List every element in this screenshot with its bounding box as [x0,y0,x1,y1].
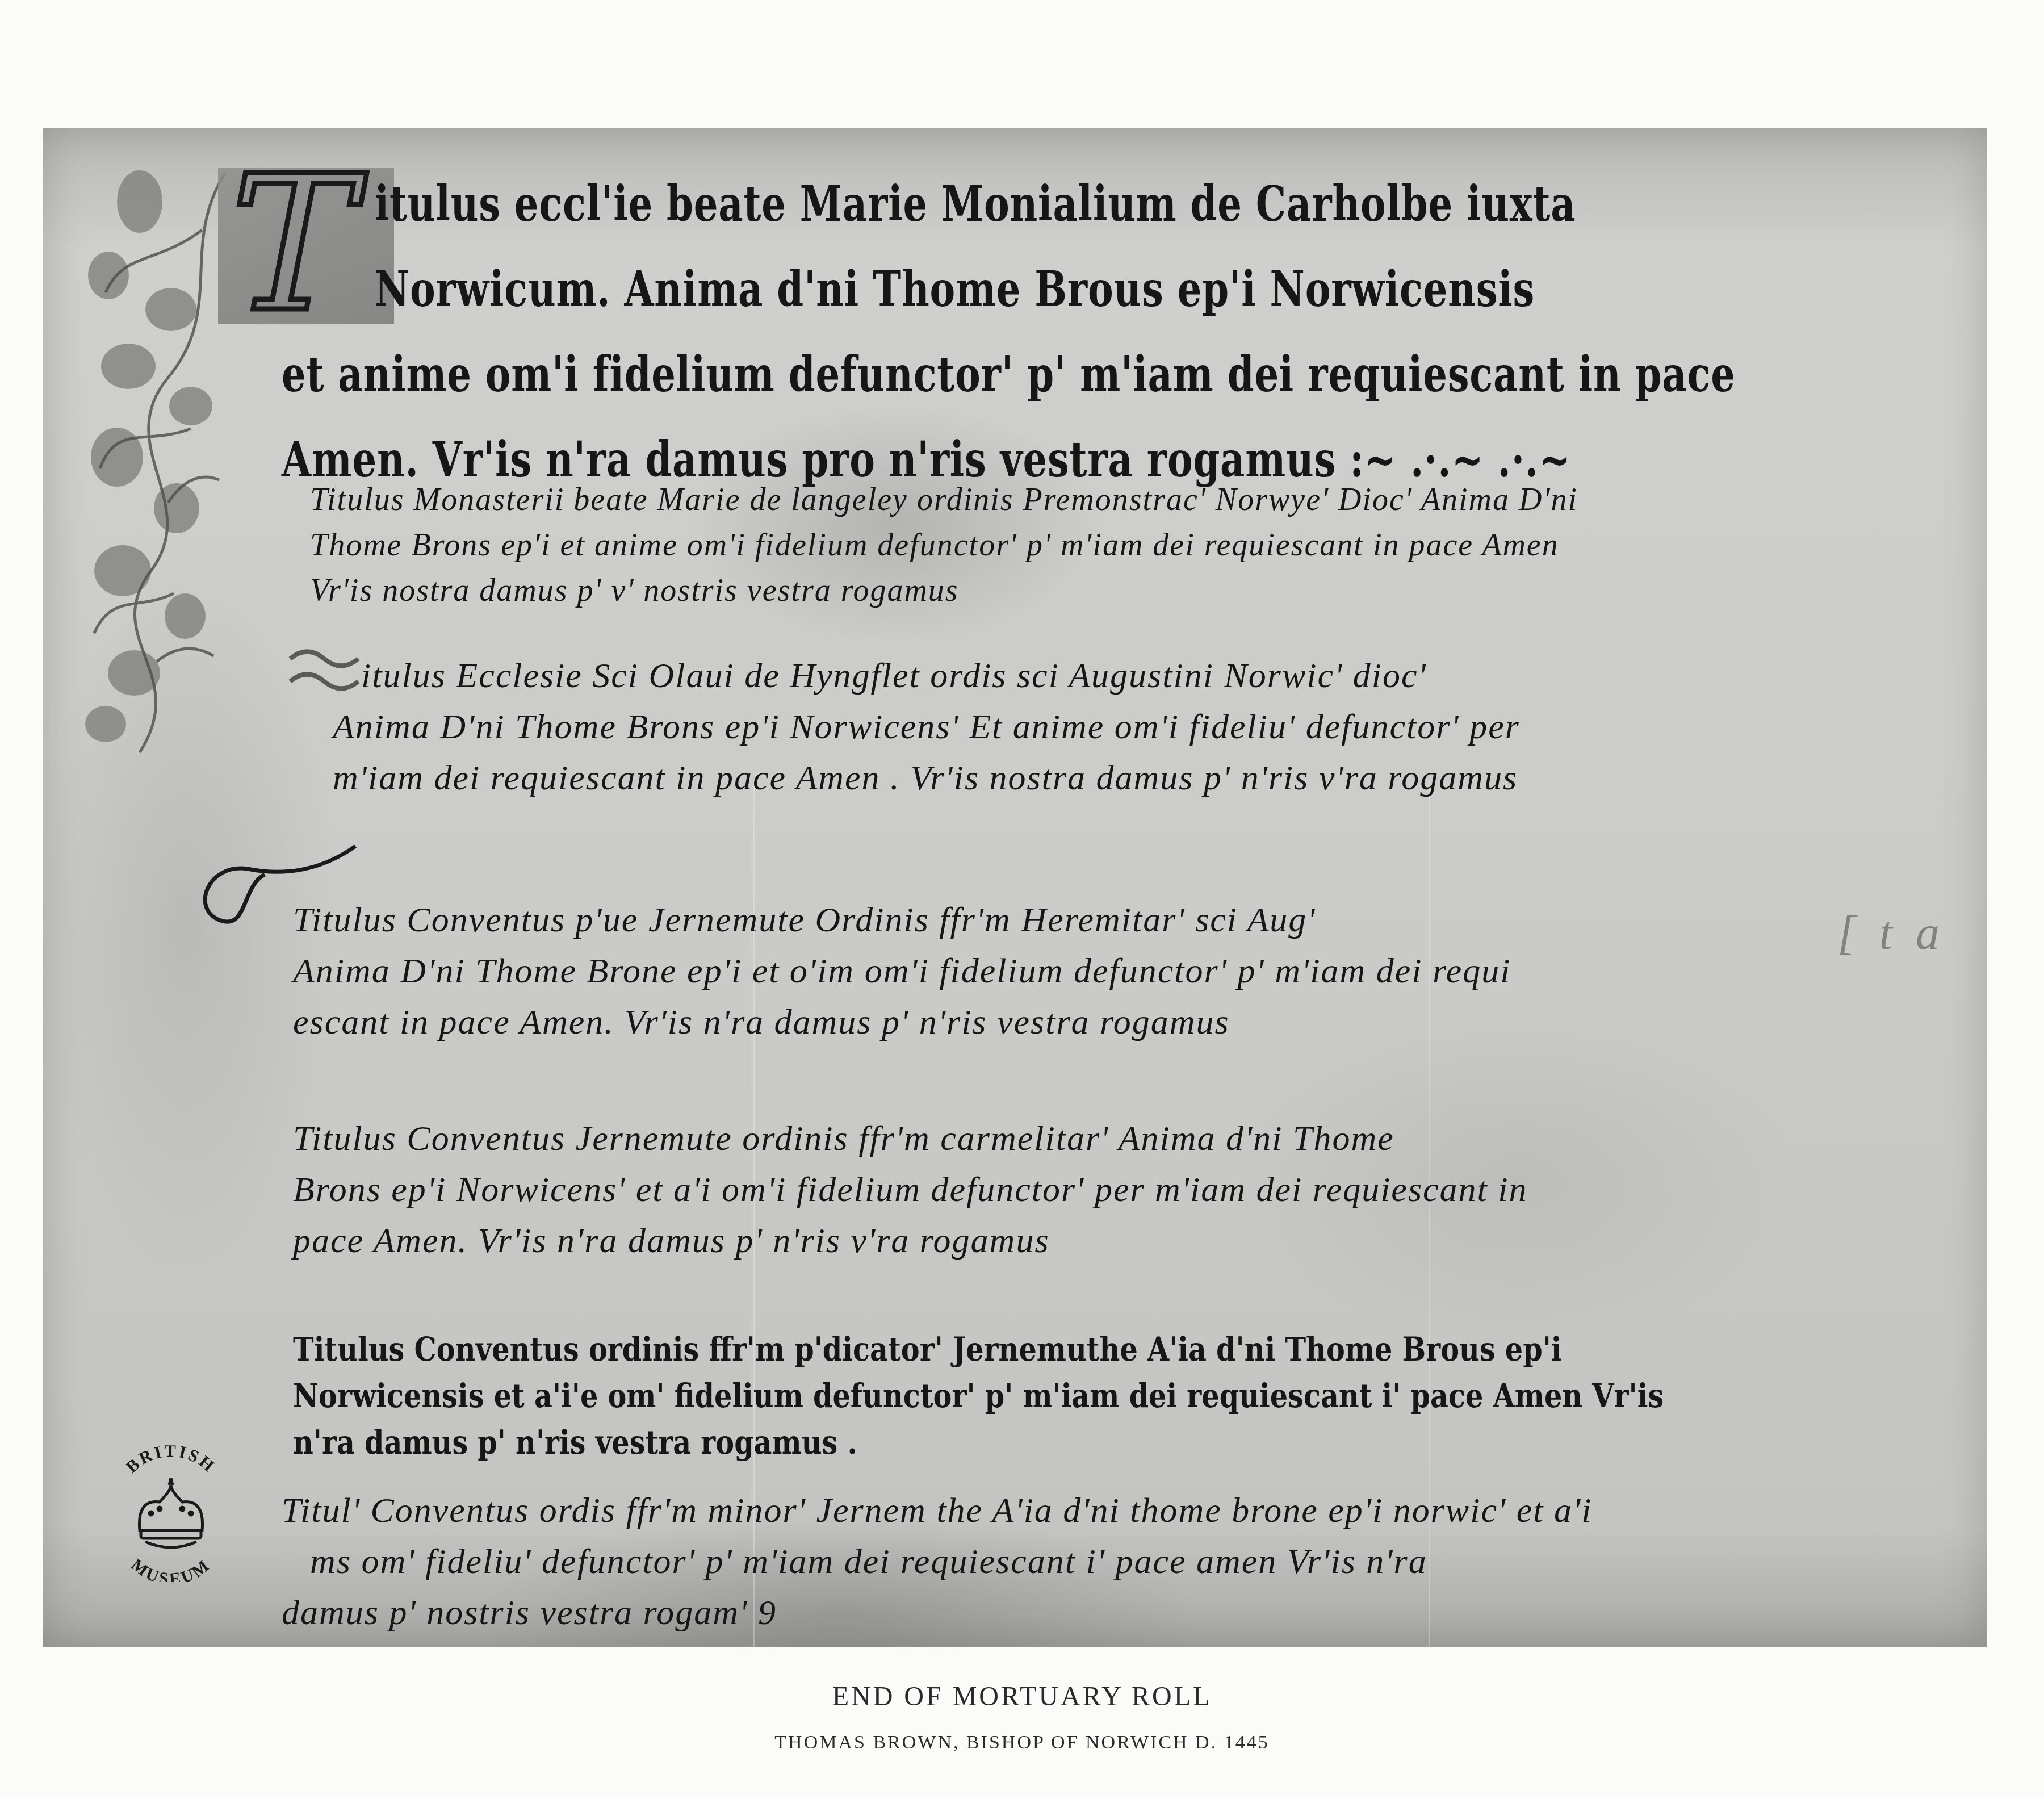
entry-line: Titulus Conventus ordinis ffr'm p'dicato… [293,1326,1664,1373]
entry-line: ms om' fideliu' defunctor' p' m'iam dei … [310,1536,1592,1587]
entry-1-textura: itulus eccl'ie beate Marie Monialium de … [282,162,1736,503]
entry-line: Thome Brons ep'i et anime om'i fidelium … [310,522,1578,568]
entry-line: Anima D'ni Thome Brons ep'i Norwicens' E… [333,701,1520,752]
entry-line: Titul' Conventus ordis ffr'm minor' Jern… [282,1485,1592,1536]
flourish-icon [287,642,367,693]
crown-icon [139,1478,202,1547]
floral-border-icon [55,162,242,758]
entry-4-cursive: Titulus Conventus p'ue Jernemute Ordinis… [293,894,1511,1048]
entry-line: itulus Ecclesie Sci Olaui de Hyngflet or… [361,650,1520,701]
entry-6-textura: Titulus Conventus ordinis ffr'm p'dicato… [293,1326,1664,1466]
manuscript-plate: T itulus eccl'ie beate Marie Monialium d… [43,128,1987,1647]
entry-line: damus p' nostris vestra rogam' 9 [282,1587,1592,1638]
stamp-bottom-text: MUSEUM [128,1555,215,1582]
british-museum-stamp: BRITISH MUSEUM [106,1445,236,1582]
entry-line: Titulus Conventus p'ue Jernemute Ordinis… [293,894,1511,945]
entry-line: Anima D'ni Thome Brone ep'i et o'im om'i… [293,945,1511,997]
entry-7-cursive: Titul' Conventus ordis ffr'm minor' Jern… [282,1485,1592,1638]
entry-line: Titulus Monasterii beate Marie de langel… [310,477,1578,522]
margin-note: [ t a [1837,906,1945,961]
entry-line: pace Amen. Vr'is n'ra damus p' n'ris v'r… [293,1215,1528,1266]
svg-text:BRITISH: BRITISH [123,1445,220,1476]
entry-line: Norwicum. Anima d'ni Thome Brous ep'i No… [375,247,1736,332]
entry-2-cursive: Titulus Monasterii beate Marie de langel… [310,477,1578,613]
entry-line: et anime om'i fidelium defunctor' p' m'i… [282,332,1736,417]
entry-3-cursive: itulus Ecclesie Sci Olaui de Hyngflet or… [361,650,1520,804]
entry-line: Norwicensis et a'i'e om' fidelium defunc… [293,1373,1664,1419]
entry-line: Titulus Conventus Jernemute ordinis ffr'… [293,1113,1528,1164]
svg-text:MUSEUM: MUSEUM [128,1555,215,1582]
stamp-top-text: BRITISH [123,1445,220,1476]
entry-line: Brons ep'i Norwicens' et a'i om'i fideli… [293,1164,1528,1215]
entry-5-cursive: Titulus Conventus Jernemute ordinis ffr'… [293,1113,1528,1266]
entry-line: Vr'is nostra damus p' v' nostris vestra … [310,568,1578,613]
entry-line: escant in pace Amen. Vr'is n'ra damus p'… [293,997,1511,1048]
entry-line: m'iam dei requiescant in pace Amen . Vr'… [333,752,1520,804]
entry-line: itulus eccl'ie beate Marie Monialium de … [375,162,1736,247]
caption-subtitle: THOMAS BROWN, BISHOP OF NORWICH D. 1445 [0,1732,2044,1754]
caption-title: END OF MORTUARY ROLL [0,1681,2044,1712]
entry-line: n'ra damus p' n'ris vestra rogamus . [293,1419,1664,1466]
